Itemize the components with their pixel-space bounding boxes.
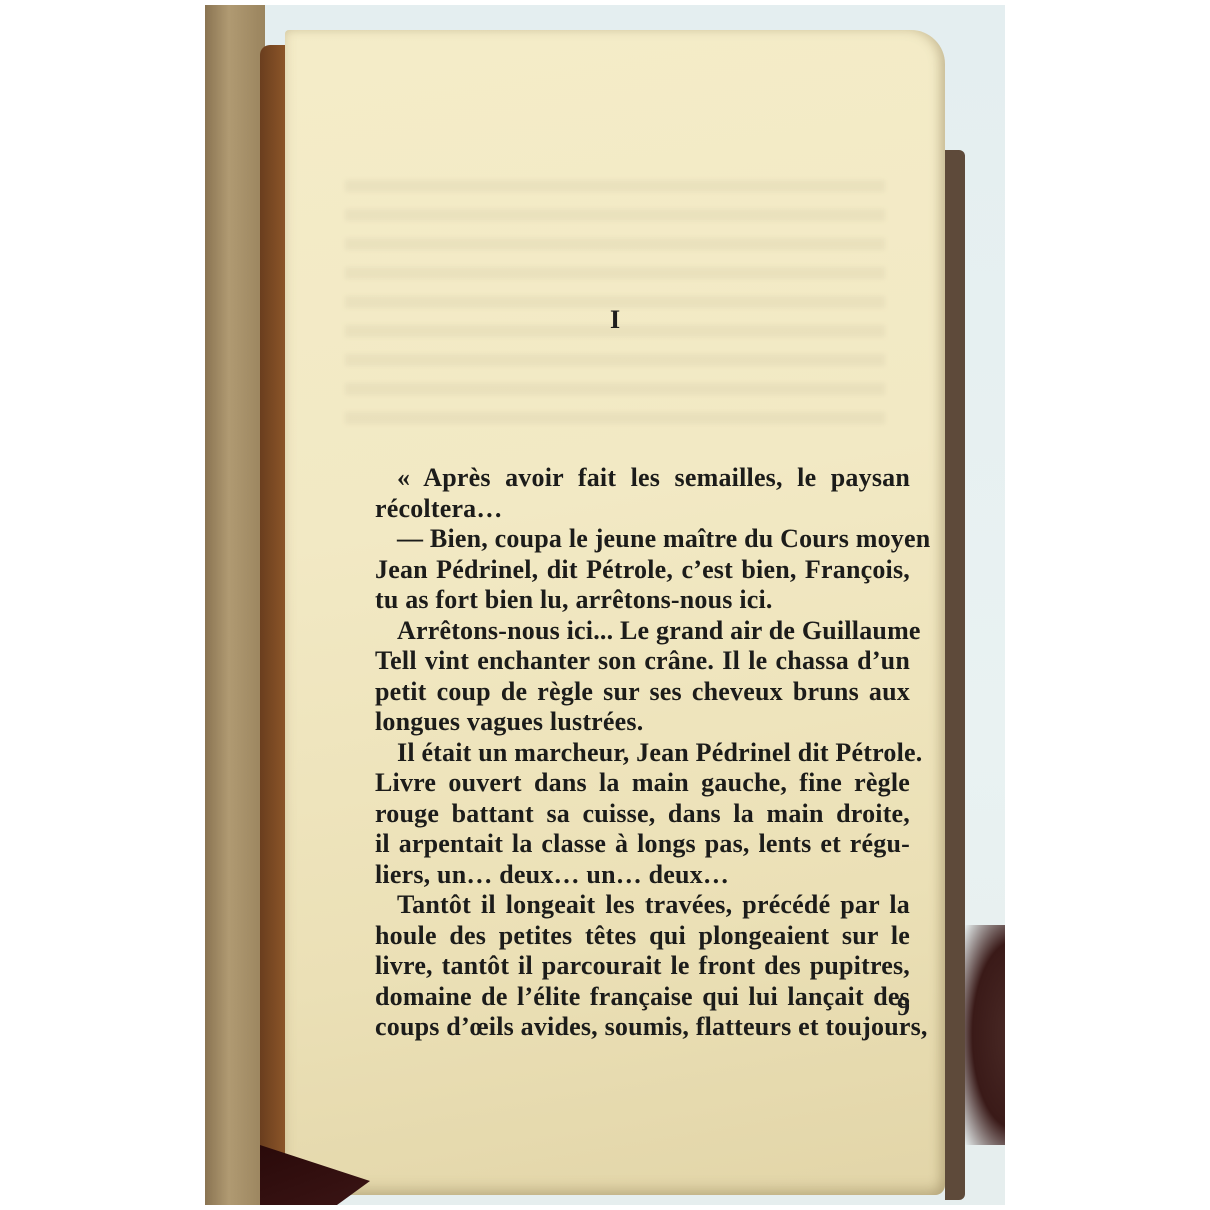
- text-line: domaine de l’élite française qui lui lan…: [375, 982, 910, 1013]
- text-line: Jean Pédrinel, dit Pétrole, c’est bien, …: [375, 555, 910, 586]
- text-line: coups d’œils avides, soumis, flatteurs e…: [375, 1012, 910, 1043]
- back-page-edge: [945, 150, 965, 1200]
- book-page: I « Après avoir fait les semailles, le p…: [285, 30, 945, 1195]
- body-text: « Après avoir fait les semailles, le pay…: [375, 463, 910, 1043]
- text-line: houle des petites têtes qui plongeaient …: [375, 921, 910, 952]
- text-line: récoltera…: [375, 494, 910, 525]
- text-line: Arrêtons-nous ici... Le grand air de Gui…: [375, 616, 910, 647]
- text-line: il arpentait la classe à longs pas, lent…: [375, 829, 910, 860]
- hand-shadow-right: [965, 925, 1005, 1145]
- book-photo: I « Après avoir fait les semailles, le p…: [205, 5, 1005, 1205]
- text-line: Tantôt il longeait les travées, précédé …: [375, 890, 910, 921]
- text-line: livre, tantôt il parcourait le front des…: [375, 951, 910, 982]
- text-line: « Après avoir fait les semailles, le pay…: [375, 463, 910, 494]
- text-line: liers, un… deux… un… deux…: [375, 860, 910, 891]
- page-number: 9: [897, 992, 910, 1022]
- book-cover-left: [205, 5, 265, 1205]
- text-line: Il était un marcheur, Jean Pédrinel dit …: [375, 738, 910, 769]
- text-line: rouge battant sa cuisse, dans la main dr…: [375, 799, 910, 830]
- text-line: Tell vint enchanter son crâne. Il le cha…: [375, 646, 910, 677]
- chapter-numeral: I: [285, 305, 945, 335]
- text-line: Livre ouvert dans la main gauche, fine r…: [375, 768, 910, 799]
- text-line: tu as fort bien lu, arrêtons-nous ici.: [375, 585, 910, 616]
- text-line: — Bien, coupa le jeune maître du Cours m…: [375, 524, 910, 555]
- text-line: longues vagues lustrées.: [375, 707, 910, 738]
- text-line: petit coup de règle sur ses cheveux brun…: [375, 677, 910, 708]
